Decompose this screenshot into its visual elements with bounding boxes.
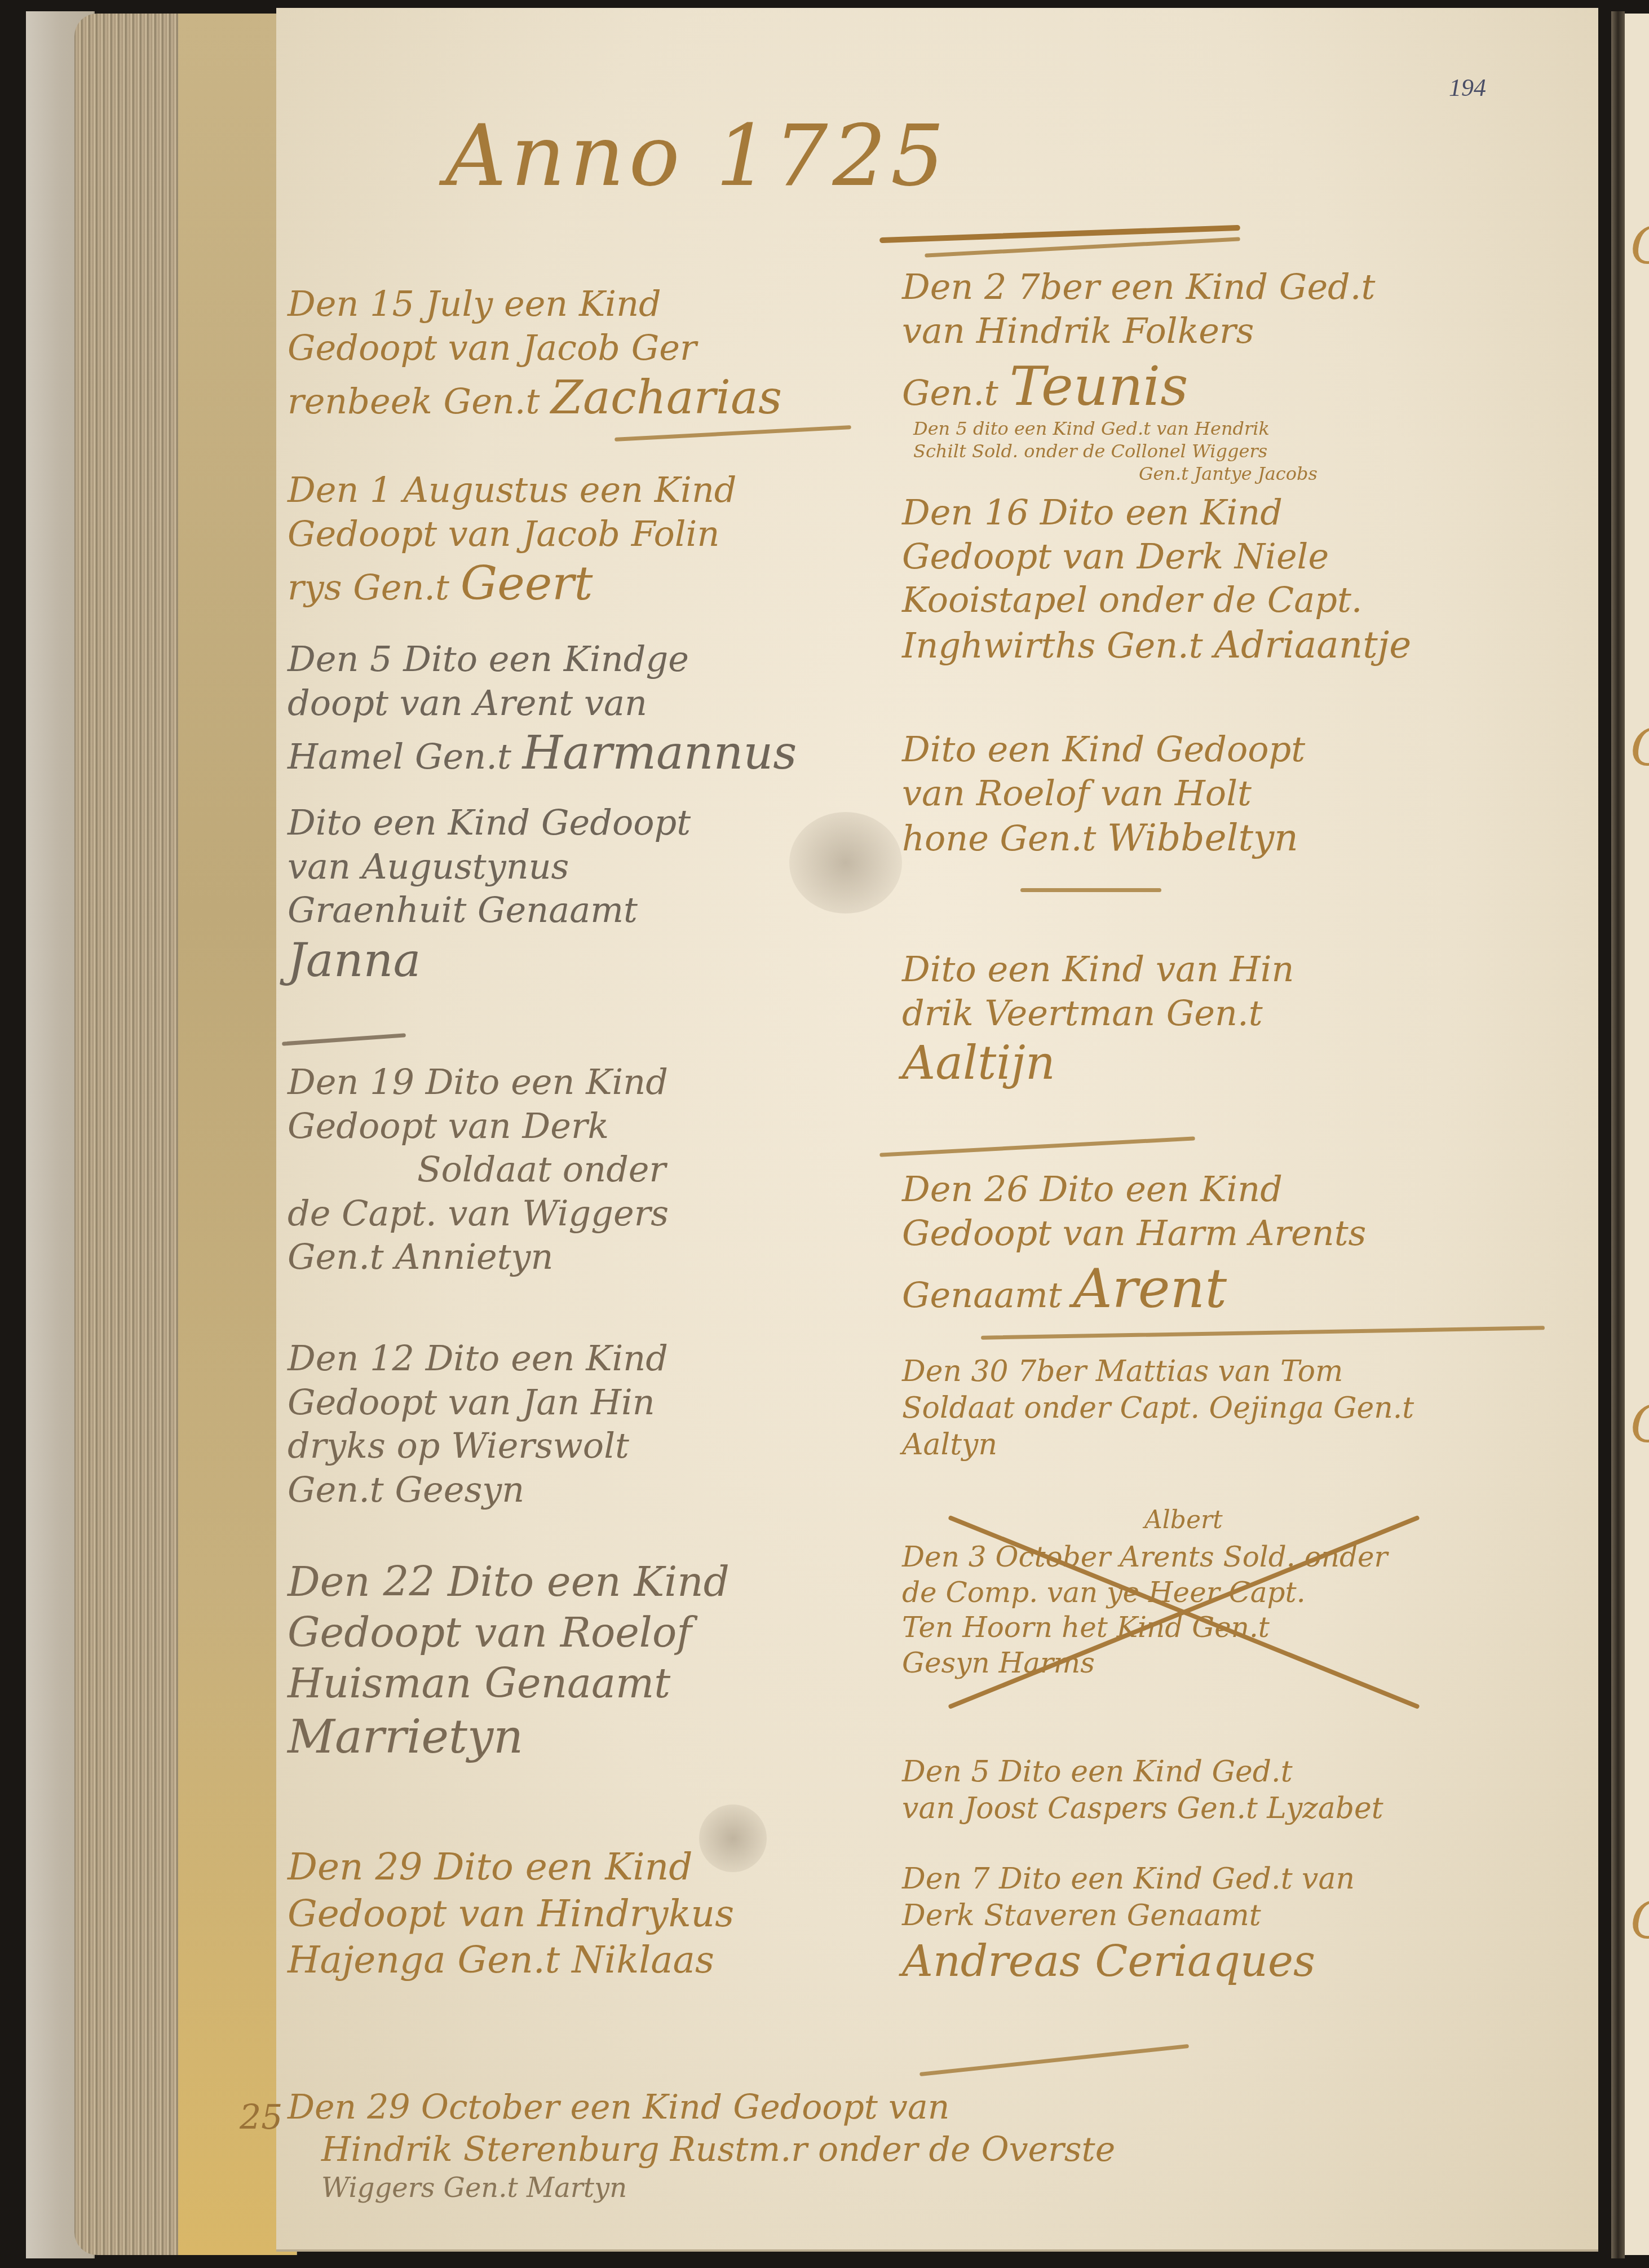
child-name: Marrietyn [288, 1709, 730, 1767]
child-name: Wibbeltyn [1107, 816, 1298, 859]
child-name: Geesyn [395, 1469, 525, 1510]
entry-line: Den 29 October een Kind Gedoopt van [288, 2086, 1115, 2129]
child-name: Aaltijn [902, 1035, 1294, 1093]
entry-line: Den 30 7ber Mattias van Tom [902, 1353, 1414, 1390]
baptism-entry: Dito een Kind Gedoopt van Roelof van Hol… [902, 727, 1305, 862]
page-heading: Anno 1725 [445, 107, 949, 205]
entry-line: hone Gen.t [902, 818, 1096, 859]
entry-line: Gedoopt van Derk [288, 1104, 669, 1148]
baptism-entry: Den 29 October een Kind Gedoopt van Hind… [288, 2086, 1115, 2205]
separator-flourish [1020, 888, 1161, 892]
child-name: Annietyn [395, 1236, 554, 1277]
entry-line: Den 5 Dito een Kindge [288, 637, 797, 681]
crossed-out-entry: Den 3 October Arents Sold. onder de Comp… [902, 1539, 1387, 1680]
entry-line: Graenhuit Genaamt [288, 888, 691, 932]
ink-smudge [789, 812, 902, 914]
baptism-entry: Den 30 7ber Mattias van Tom Soldaat onde… [902, 1353, 1414, 1463]
facing-page-flourish: C [1630, 217, 1649, 276]
margin-number: 25 [240, 2098, 282, 2137]
entry-line: Den 29 Dito een Kind [288, 1844, 734, 1891]
entry-line: Gedoopt van Harm Arents [902, 1211, 1366, 1255]
entry-line: Den 16 Dito een Kind [902, 491, 1411, 535]
entry-line: Wiggers Gen.t Martyn [288, 2171, 1115, 2205]
entry-line: Gedoopt van Jacob Folin [288, 512, 737, 556]
entry-line: de Capt. van Wiggers [288, 1192, 669, 1236]
entry-line: van Hindrik Folkers [902, 309, 1375, 353]
child-name: Teunis [1010, 355, 1188, 418]
entry-line: Gedoopt van Jacob Ger [288, 326, 782, 370]
baptism-entry: Dito een Kind van Hin drik Veertman Gen.… [902, 947, 1294, 1093]
entry-line: Gen.t [288, 1469, 384, 1510]
entry-line: Dito een Kind Gedoopt [902, 727, 1305, 771]
entry-line: Dito een Kind van Hin [902, 947, 1294, 991]
entry-line: renbeek Gen.t [288, 381, 540, 422]
entry-line: Den 3 October Arents Sold. onder [902, 1539, 1387, 1575]
entry-line: Den 22 Dito een Kind [288, 1556, 730, 1607]
entry-line: Den 5 dito een Kind Ged.t van Hendrik [913, 417, 1318, 440]
entry-line: Gedoopt van Hindrykus [288, 1891, 734, 1938]
child-name: Geert [461, 557, 593, 611]
entry-line: van Joost Caspers Gen.t Lyzabet [902, 1790, 1383, 1827]
baptism-entry: Den 19 Dito een Kind Gedoopt van Derk So… [288, 1060, 669, 1279]
entry-line: Den 15 July een Kind [288, 282, 782, 326]
baptism-entry: Den 26 Dito een Kind Gedoopt van Harm Ar… [902, 1167, 1366, 1322]
baptism-entry: Den 1 Augustus een Kind Gedoopt van Jaco… [288, 468, 737, 614]
baptism-entry: Den 2 7ber een Kind Ged.t van Hindrik Fo… [902, 265, 1375, 420]
child-name: Niklaas [572, 1938, 714, 1982]
facing-page-edge: C C C C [1625, 14, 1649, 2255]
entry-line: Hindrik Sterenburg Rustm.r onder de Over… [288, 2129, 1115, 2171]
child-name: Harmannus [523, 726, 797, 780]
entry-line: Gen.t [902, 372, 998, 413]
entry-line: Dito een Kind Gedoopt [288, 801, 691, 845]
entry-line: Hajenga Gen.t [288, 1938, 560, 1982]
entry-line: Kooistapel onder de Capt. [902, 578, 1411, 622]
entry-line: de Comp. van ye Heer Capt. [902, 1575, 1387, 1610]
entry-line: Den 2 7ber een Kind Ged.t [902, 265, 1375, 309]
baptism-entry: Den 12 Dito een Kind Gedoopt van Jan Hin… [288, 1336, 668, 1511]
book-gutter [1611, 11, 1625, 2258]
page-number: 194 [1449, 73, 1486, 102]
entry-line: Den 19 Dito een Kind [288, 1060, 669, 1104]
entry-line: Gen.t Jantye Jacobs [913, 462, 1318, 485]
child-name: Arent [1073, 1257, 1227, 1320]
baptism-entry: Den 29 Dito een Kind Gedoopt van Hindryk… [288, 1844, 734, 1984]
entry-line: Den 7 Dito een Kind Ged.t van [902, 1861, 1355, 1898]
entry-line: Gen.t [288, 1236, 384, 1277]
entry-line: Soldaat onder [288, 1148, 669, 1192]
entry-line: Soldaat onder Capt. Oejinga Gen.t [902, 1390, 1414, 1427]
entry-line: Derk Staveren Genaamt [902, 1898, 1355, 1934]
baptism-entry: Den 5 Dito een Kind Ged.t van Joost Casp… [902, 1754, 1383, 1827]
baptism-entry: Den 16 Dito een Kind Gedoopt van Derk Ni… [902, 491, 1411, 668]
entry-line: dryks op Wierswolt [288, 1424, 668, 1468]
entry-line: Den 26 Dito een Kind [902, 1167, 1366, 1211]
entry-line: Huisman Genaamt [288, 1658, 730, 1709]
child-name: Zacharias [551, 371, 782, 425]
entry-line: Gedoopt van Jan Hin [288, 1380, 668, 1424]
entry-line: doopt van Arent van [288, 681, 797, 725]
entry-line: Gedoopt van Roelof [288, 1607, 730, 1658]
child-name: Adriaantje [1214, 623, 1411, 667]
entry-line: Den 5 Dito een Kind Ged.t [902, 1754, 1383, 1790]
entry-line: Ten Hoorn het Kind Gen.t [902, 1610, 1387, 1645]
entry-line: van Augustynus [288, 845, 691, 889]
entry-line: Genaamt [902, 1274, 1062, 1316]
entry-line: Hamel Gen.t [288, 736, 511, 777]
baptism-entry: Den 22 Dito een Kind Gedoopt van Roelof … [288, 1556, 730, 1767]
entry-line: Den 12 Dito een Kind [288, 1336, 668, 1380]
facing-page-flourish: C [1630, 1395, 1649, 1454]
baptism-entry: Dito een Kind Gedoopt van Augustynus Gra… [288, 801, 691, 990]
baptism-entry: Den 15 July een Kind Gedoopt van Jacob G… [288, 282, 782, 427]
entry-line: drik Veertman Gen.t [902, 991, 1294, 1035]
entry-line: Gedoopt van Derk Niele [902, 535, 1411, 579]
facing-page-flourish: C [1630, 1891, 1649, 1951]
child-name: Janna [288, 932, 691, 990]
entry-line: Gesyn Harms [902, 1645, 1387, 1681]
entry-line: rys Gen.t [288, 567, 449, 608]
baptism-entry-small: Den 5 dito een Kind Ged.t van Hendrik Sc… [913, 417, 1318, 485]
entry-line: Aaltyn [902, 1427, 1414, 1463]
entry-line: Schilt Sold. onder de Collonel Wiggers [913, 440, 1318, 462]
baptism-entry: Den 5 Dito een Kindge doopt van Arent va… [288, 637, 797, 783]
entry-line: Den 1 Augustus een Kind [288, 468, 737, 512]
baptism-entry: Den 7 Dito een Kind Ged.t van Derk Stave… [902, 1861, 1355, 1988]
child-name: Andreas Ceriaques [902, 1934, 1355, 1988]
entry-line: van Roelof van Holt [902, 771, 1305, 815]
entry-line: Inghwirths Gen.t [902, 625, 1203, 666]
correction-annotation: Albert [1144, 1506, 1223, 1534]
facing-page-flourish: C [1630, 718, 1649, 778]
